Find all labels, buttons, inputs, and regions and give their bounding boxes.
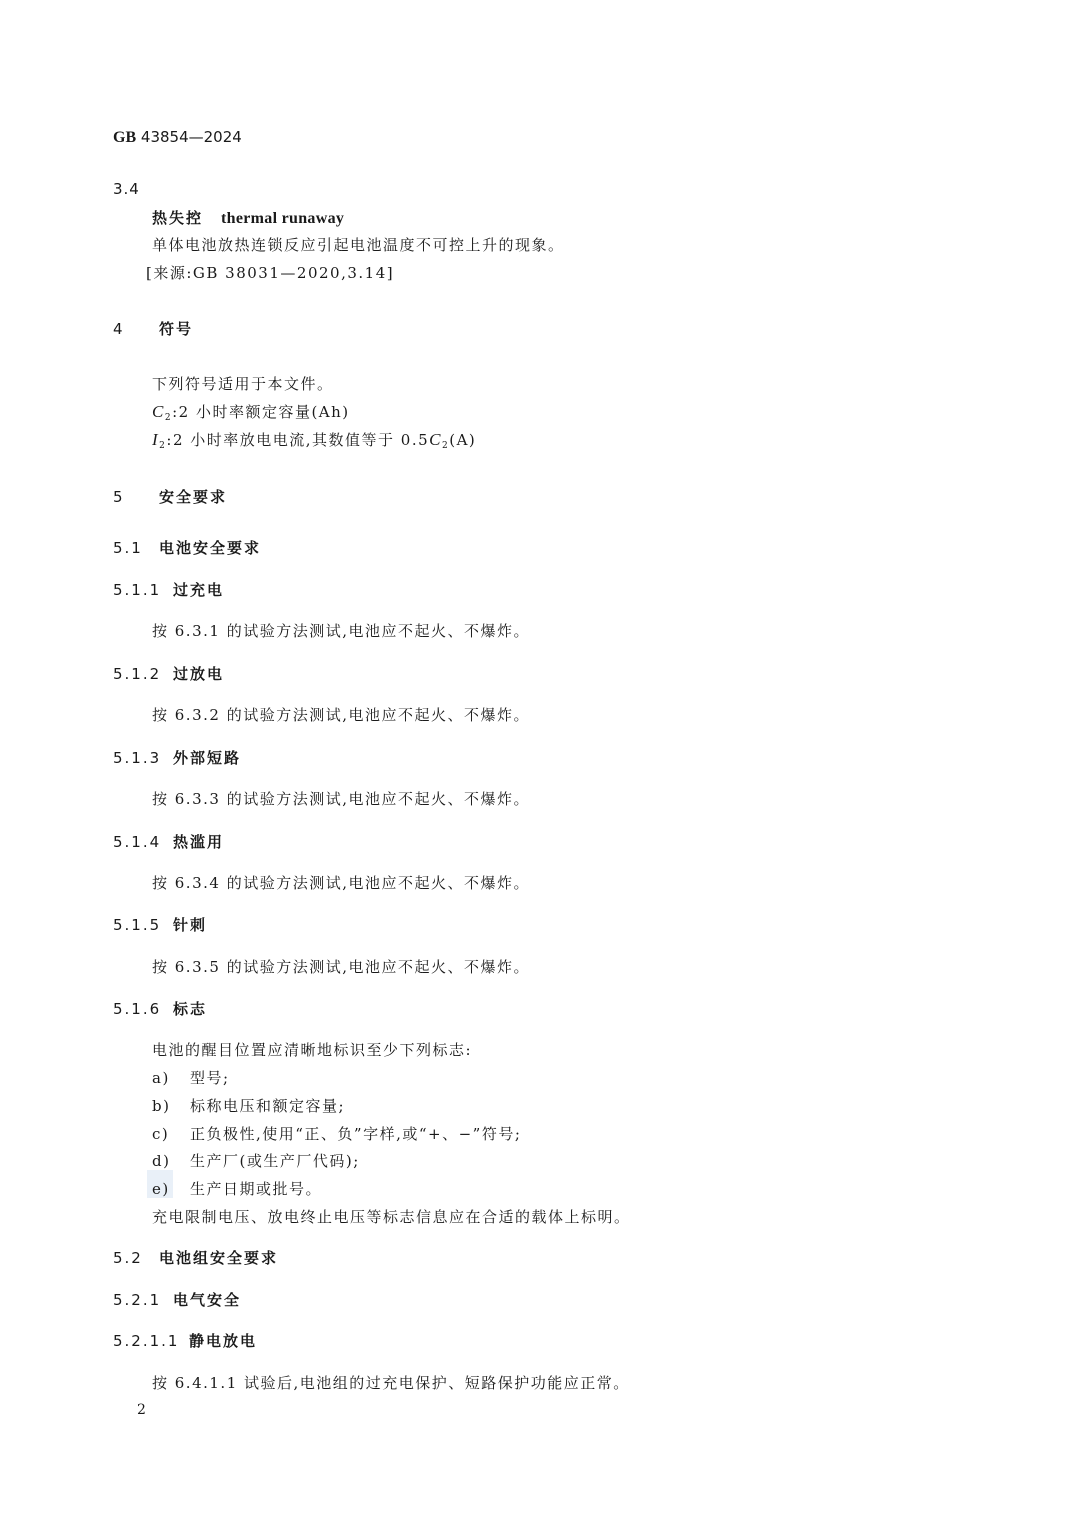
clause-title: 针刺: [173, 916, 207, 934]
list-marker: d): [152, 1152, 190, 1170]
clause-heading-5-1-3: 5.1.3外部短路: [113, 747, 241, 768]
standard-number: 43854—2024: [141, 128, 242, 146]
list-item: b)标称电压和额定容量;: [152, 1095, 345, 1116]
symbol-sub: 2: [165, 413, 172, 423]
list-text: 型号;: [190, 1069, 230, 1087]
symbol-desc: :2 小时率放电电流,其数值等于 0.5: [166, 431, 429, 449]
symbols-intro: 下列符号适用于本文件。: [152, 373, 334, 394]
clause-heading-5-2-1: 5.2.1电气安全: [113, 1289, 241, 1310]
clause-number: 5.1.3: [113, 749, 173, 767]
section-number: 4: [113, 320, 159, 338]
list-text: 正负极性,使用“正、负”字样,或“+、−”符号;: [190, 1125, 521, 1143]
standard-header: GB 43854—2024: [113, 128, 242, 147]
term-source: [来源:GB 38031—2020,3.14]: [146, 262, 394, 283]
clause-text-5-2-1-1: 按 6.4.1.1 试验后,电池组的过充电保护、短路保护功能应正常。: [152, 1372, 630, 1393]
term-cn: 热失控: [152, 209, 203, 227]
term-heading: 热失控 thermal runaway: [152, 207, 344, 228]
marking-closing: 充电限制电压、放电终止电压等标志信息应在合适的载体上标明。: [152, 1206, 631, 1227]
section-heading-5-1: 5.1电池安全要求: [113, 537, 261, 558]
section-title: 电池安全要求: [159, 539, 261, 557]
list-item: e)生产日期或批号。: [152, 1178, 322, 1199]
clause-text-5-1-4: 按 6.3.4 的试验方法测试,电池应不起火、不爆炸。: [152, 872, 530, 893]
symbol-unit: (A): [449, 431, 476, 449]
standard-prefix: GB: [113, 129, 136, 146]
section-heading-5: 5安全要求: [113, 486, 227, 507]
symbol-desc: :2 小时率额定容量(Ah): [172, 403, 350, 421]
clause-title: 热滥用: [173, 833, 224, 851]
section-title: 安全要求: [159, 488, 227, 506]
clause-heading-5-1-5: 5.1.5针刺: [113, 914, 207, 935]
clause-title: 过充电: [173, 581, 224, 599]
clause-number: 5.1.6: [113, 1000, 173, 1018]
term-definition: 单体电池放热连锁反应引起电池温度不可控上升的现象。: [152, 234, 565, 255]
clause-heading-5-1-2: 5.1.2过放电: [113, 663, 224, 684]
clause-title: 电气安全: [173, 1291, 241, 1309]
list-item: a)型号;: [152, 1067, 230, 1088]
page-number: 2: [137, 1402, 147, 1418]
clause-number-3-4: 3.4: [113, 180, 140, 198]
clause-text-5-1-3: 按 6.3.3 的试验方法测试,电池应不起火、不爆炸。: [152, 788, 530, 809]
symbol-c: C: [152, 402, 165, 421]
list-marker: a): [152, 1069, 190, 1087]
clause-title: 标志: [173, 1000, 207, 1018]
list-marker: b): [152, 1097, 190, 1115]
clause-text-5-1-5: 按 6.3.5 的试验方法测试,电池应不起火、不爆炸。: [152, 956, 530, 977]
clause-heading-5-1-6: 5.1.6标志: [113, 998, 207, 1019]
symbol-c: C: [429, 430, 442, 449]
clause-number: 5.2.1: [113, 1291, 173, 1309]
clause-title: 静电放电: [189, 1332, 257, 1350]
clause-text-5-1-2: 按 6.3.2 的试验方法测试,电池应不起火、不爆炸。: [152, 704, 530, 725]
clause-title: 过放电: [173, 665, 224, 683]
clause-number: 5.1.4: [113, 833, 173, 851]
section-title: 电池组安全要求: [159, 1249, 278, 1267]
clause-text-5-1-1: 按 6.3.1 的试验方法测试,电池应不起火、不爆炸。: [152, 620, 530, 641]
list-marker: c): [152, 1125, 190, 1143]
list-text: 标称电压和额定容量;: [190, 1097, 345, 1115]
clause-number: 5.1.2: [113, 665, 173, 683]
section-number: 5.2: [113, 1249, 159, 1267]
marking-intro: 电池的醒目位置应清晰地标识至少下列标志:: [152, 1039, 472, 1060]
section-number: 5.1: [113, 539, 159, 557]
section-title: 符号: [159, 320, 193, 338]
section-heading-4: 4符号: [113, 318, 193, 339]
clause-number: 5.1.5: [113, 916, 173, 934]
document-page: GB 43854—2024 3.4 热失控 thermal runaway 单体…: [0, 0, 1074, 1520]
section-number: 5: [113, 488, 159, 506]
symbol-row-i2: I2:2 小时率放电电流,其数值等于 0.5C2(A): [152, 429, 476, 451]
list-text: 生产厂(或生产厂代码);: [190, 1152, 360, 1170]
list-item: d)生产厂(或生产厂代码);: [152, 1150, 360, 1171]
clause-number: 5.2.1.1: [113, 1332, 189, 1350]
clause-title: 外部短路: [173, 749, 241, 767]
list-item: c)正负极性,使用“正、负”字样,或“+、−”符号;: [152, 1123, 521, 1144]
list-text: 生产日期或批号。: [190, 1180, 322, 1198]
clause-heading-5-1-1: 5.1.1过充电: [113, 579, 224, 600]
section-heading-5-2: 5.2电池组安全要求: [113, 1247, 278, 1268]
symbol-row-c2: C2:2 小时率额定容量(Ah): [152, 401, 350, 423]
clause-heading-5-1-4: 5.1.4热滥用: [113, 831, 224, 852]
clause-number: 5.1.1: [113, 581, 173, 599]
clause-heading-5-2-1-1: 5.2.1.1静电放电: [113, 1330, 257, 1351]
term-en: thermal runaway: [221, 210, 344, 227]
list-marker: e): [152, 1180, 190, 1198]
